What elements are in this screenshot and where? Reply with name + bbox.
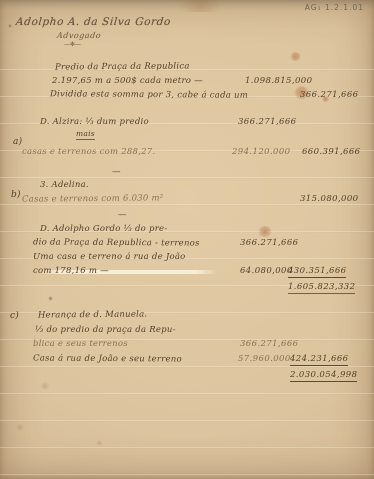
line-adolpho-area: com 178,16 m — — [33, 267, 109, 276]
section-divider: — — [118, 211, 127, 220]
letterhead-name: Adolpho A. da Silva Gordo — [15, 16, 171, 28]
line-alzira-house: casas e terrenos com 288,27. — [22, 148, 155, 157]
line-adelina-house: Casas e terrenos com 6.030 m² — [22, 194, 164, 204]
margin-mark-a: a) — [13, 138, 22, 147]
line-adolpho-1: D. Adolpho Gordo ⅓ do pre- — [40, 225, 167, 234]
value-one-third-share: 366.271,666 — [300, 91, 358, 100]
line-property-title: Predio da Praça da Republica — [55, 62, 190, 72]
value-alzira-house: 294.120.000 — [232, 148, 290, 157]
value-heranca-house: 57.960.000 — [238, 355, 291, 364]
line-adolpho-house: Uma casa e terreno á rua de João — [33, 253, 186, 262]
line-heranca-2: blica e seus terrenos — [33, 340, 128, 349]
stain — [290, 52, 301, 61]
stain — [96, 440, 103, 446]
line-adelina-heading: 3. Adelina. — [40, 181, 89, 190]
value-grand-total-2: 2.030.054,998 — [290, 371, 357, 382]
line-mais: mais — [76, 130, 95, 140]
line-heranca-1: ⅓ do predio da praça da Repu- — [35, 326, 176, 335]
letterhead-title: Advogado — [57, 31, 102, 40]
stain — [258, 226, 272, 237]
value-alzira-share: 366.271,666 — [238, 118, 296, 127]
value-total-price: 1.098.815,000 — [245, 77, 312, 86]
value-heranca-share: 366.271,666 — [240, 340, 298, 349]
value-adolpho-share: 366.271,666 — [240, 239, 298, 248]
archival-mark: AG₁ 1.2.1.01 — [305, 3, 364, 12]
line-heranca-heading: Herança de d. Manuela. — [38, 311, 147, 320]
line-adolpho-2: dio da Praça da Republica - terrenos — [33, 238, 200, 248]
letterhead-ornament-icon: —✻— — [64, 41, 81, 48]
value-adelina-total: 315.080,000 — [300, 195, 358, 204]
line-alzira-share: D. Alzira: ⅓ dum predio — [40, 118, 149, 127]
ink-speck — [48, 296, 53, 301]
value-grand-total-1: 1.605.823,332 — [288, 283, 355, 294]
value-adolpho-subtotal: 430.351,666 — [288, 267, 346, 278]
scanned-document-page: AG₁ 1.2.1.01 Adolpho A. da Silva Gordo A… — [0, 0, 374, 479]
value-alzira-total: 660.391,666 — [302, 148, 360, 157]
margin-mark-c: c) — [10, 312, 19, 321]
value-adolpho-house: 64.080,000 — [240, 267, 293, 276]
ink-speck — [8, 24, 12, 28]
line-area-calculation: 2.197,65 m a 500$ cada metro — — [52, 77, 203, 86]
stain — [16, 424, 24, 431]
margin-mark-b: b) — [11, 191, 21, 200]
value-heranca-subtotal: 424.231,666 — [290, 355, 348, 366]
line-division-note: Dividida esta somma por 3, cabe á cada u… — [50, 90, 248, 100]
stain — [40, 382, 50, 390]
section-divider: — — [112, 168, 121, 177]
line-heranca-house: Casa á rua de João e seu terreno — [33, 354, 182, 364]
